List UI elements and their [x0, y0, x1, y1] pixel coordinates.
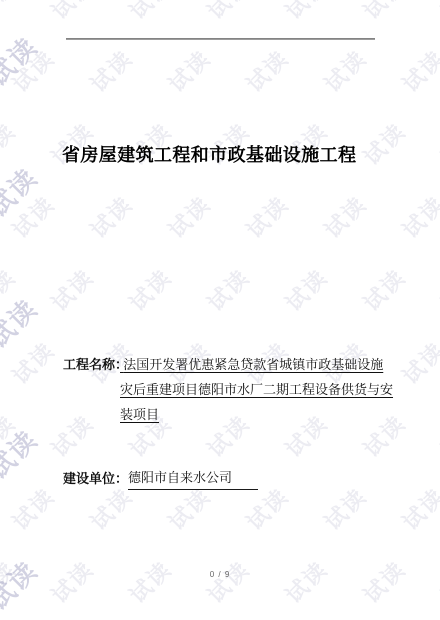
watermark-text: 试读	[5, 189, 61, 245]
watermark-text: 试读	[83, 43, 139, 99]
watermark-text: 试读	[0, 554, 22, 610]
watermark-layer: 试读试读试读试读试读试读试读试读试读试读试读试读试读试读试读试读试读试读试读试读…	[0, 0, 440, 620]
watermark-text: 试读	[161, 43, 217, 99]
watermark-text: 试读	[200, 554, 256, 610]
watermark-text: 试读	[5, 43, 61, 99]
watermark-text: 试读	[0, 290, 45, 356]
builder-value: 德阳市自来水公司	[128, 467, 258, 490]
watermark-text: 试读	[200, 0, 256, 25]
watermark-text: 试读	[122, 554, 178, 610]
page-counter: 0 / 9	[0, 570, 440, 579]
watermark-text: 试读	[434, 116, 440, 172]
project-name-label: 工程名称：	[63, 352, 120, 377]
watermark-text: 试读	[434, 408, 440, 464]
watermark-text: 试读	[122, 0, 178, 25]
watermark-text: 试读	[356, 0, 412, 25]
project-name-value: 法国开发署优惠紧急贷款省城镇市政基础设施 灾后重建项目德阳市水厂二期工程设备供货…	[120, 352, 393, 427]
watermark-text: 试读	[0, 552, 45, 618]
watermark-text: 试读	[83, 189, 139, 245]
watermark-text: 试读	[356, 262, 412, 318]
watermark-text: 试读	[44, 554, 100, 610]
watermark-text: 试读	[239, 189, 295, 245]
document-title: 省房屋建筑工程和市政基础设施工程	[62, 141, 356, 167]
watermark-text: 试读	[434, 554, 440, 610]
watermark-text: 试读	[0, 421, 45, 487]
watermark-text: 试读	[317, 481, 373, 537]
watermark-text: 试读	[122, 262, 178, 318]
watermark-text: 试读	[161, 189, 217, 245]
watermark-text: 试读	[278, 554, 334, 610]
watermark-text: 试读	[395, 481, 440, 537]
watermark-text: 试读	[5, 335, 61, 391]
watermark-text: 试读	[0, 0, 22, 25]
watermark-text: 试读	[395, 335, 440, 391]
watermark-text: 试读	[0, 262, 22, 318]
watermark-text: 试读	[278, 0, 334, 25]
builder-label: 建设单位：	[63, 466, 128, 491]
watermark-text: 试读	[0, 408, 22, 464]
watermark-text: 试读	[395, 189, 440, 245]
builder-field: 建设单位： 德阳市自来水公司	[63, 466, 258, 491]
watermark-text: 试读	[395, 43, 440, 99]
watermark-text: 试读	[5, 481, 61, 537]
watermark-text: 试读	[44, 0, 100, 25]
watermark-text: 试读	[317, 43, 373, 99]
watermark-text: 试读	[0, 28, 45, 94]
watermark-text: 试读	[0, 159, 45, 225]
watermark-text: 试读	[356, 116, 412, 172]
watermark-text: 试读	[434, 262, 440, 318]
project-name-field: 工程名称： 法国开发署优惠紧急贷款省城镇市政基础设施 灾后重建项目德阳市水厂二期…	[63, 352, 393, 427]
watermark-text: 试读	[44, 262, 100, 318]
watermark-text: 试读	[278, 262, 334, 318]
watermark-text: 试读	[0, 116, 22, 172]
watermark-text: 试读	[356, 554, 412, 610]
watermark-text: 试读	[434, 0, 440, 25]
header-rule	[66, 38, 375, 40]
watermark-text: 试读	[317, 189, 373, 245]
document-page: 试读试读试读试读试读试读试读试读试读试读试读试读试读试读试读试读试读试读试读试读…	[0, 0, 440, 620]
watermark-text: 试读	[239, 43, 295, 99]
watermark-text: 试读	[200, 262, 256, 318]
